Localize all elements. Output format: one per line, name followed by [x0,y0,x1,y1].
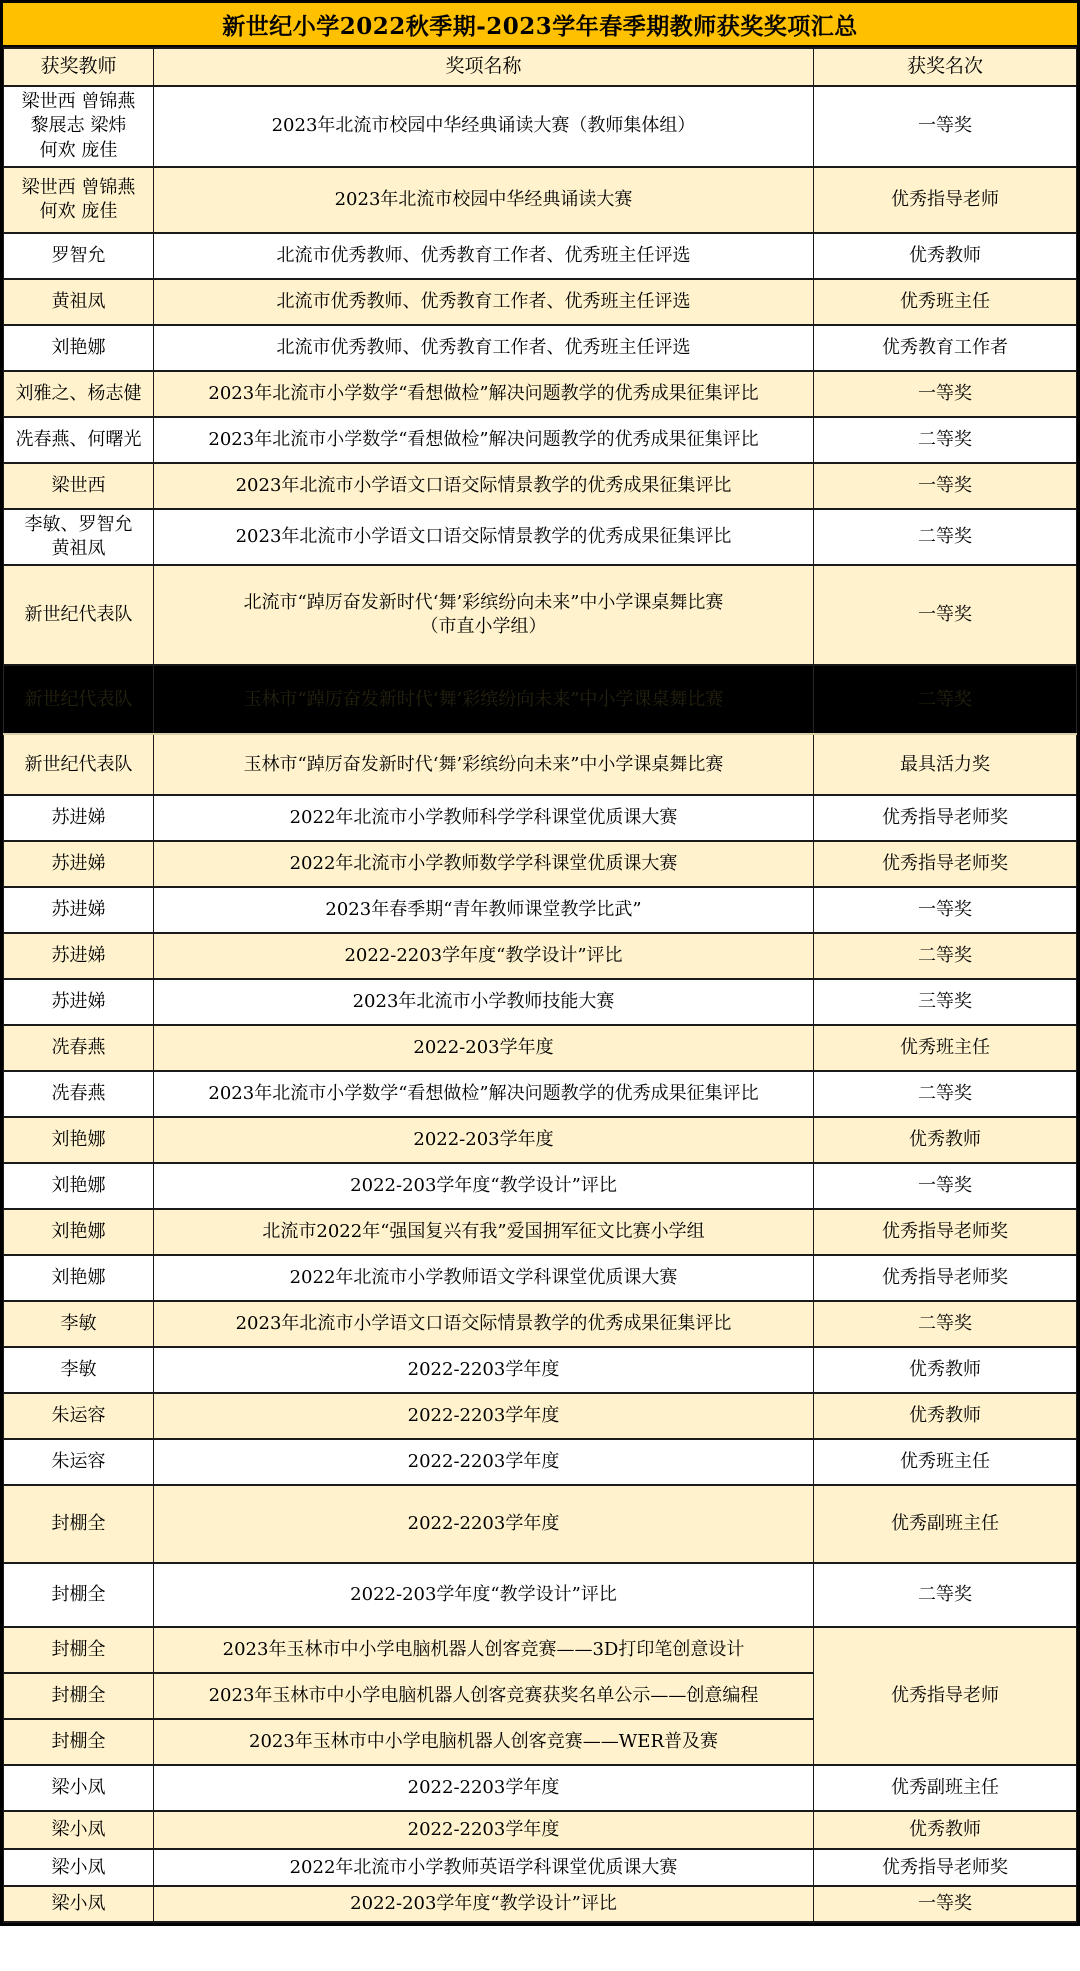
teacher-cell: 朱运容 [4,1393,154,1439]
teacher-cell: 苏进娣 [4,979,154,1025]
awards-table-body: 梁世西 曾锦燕 黎展志 梁炜 何欢 庞佳2023年北流市校园中华经典诵读大赛（教… [4,86,1077,1922]
teacher-cell: 刘艳娜 [4,1163,154,1209]
rank-cell: 一等奖 [814,371,1077,417]
teacher-cell: 冼春燕 [4,1071,154,1117]
teacher-cell: 封棚全 [4,1673,154,1719]
award-cell: 2022-2203学年度 [154,1393,814,1439]
rank-cell: 优秀指导老师奖 [814,1849,1077,1886]
rank-cell: 一等奖 [814,1886,1077,1922]
rank-cell: 优秀指导老师奖 [814,1209,1077,1255]
award-cell: 2022-2203学年度 [154,1811,814,1849]
award-cell: 2022年北流市小学教师科学学科课堂优质课大赛 [154,795,814,841]
award-cell: 2022-2203学年度 [154,1485,814,1563]
teacher-cell: 苏进娣 [4,841,154,887]
table-row-redacted: 新世纪代表队玉林市“踔厉奋发新时代‘舞’彩缤纷向未来”中小学课桌舞比赛二等奖 [4,665,1077,734]
teacher-cell: 新世纪代表队 [4,565,154,665]
award-cell: 北流市优秀教师、优秀教育工作者、优秀班主任评选 [154,279,814,325]
award-cell: 北流市“踔厉奋发新时代‘舞’彩缤纷向未来”中小学课桌舞比赛 （市直小学组） [154,565,814,665]
rank-cell: 二等奖 [814,1301,1077,1347]
teacher-cell: 封棚全 [4,1719,154,1765]
award-cell: 2023年玉林市中小学电脑机器人创客竞赛——WER普及赛 [154,1719,814,1765]
rank-cell: 一等奖 [814,887,1077,933]
teacher-cell: 梁小凤 [4,1811,154,1849]
award-cell: 2023年北流市小学语文口语交际情景教学的优秀成果征集评比 [154,1301,814,1347]
teacher-cell: 黄祖凤 [4,279,154,325]
award-cell: 2022-203学年度 [154,1117,814,1163]
teacher-cell: 封棚全 [4,1627,154,1673]
rank-cell: 二等奖 [814,933,1077,979]
teacher-cell: 刘艳娜 [4,1255,154,1301]
column-header-award: 奖项名称 [154,48,814,86]
award-cell: 玉林市“踔厉奋发新时代‘舞’彩缤纷向未来”中小学课桌舞比赛 [154,734,814,795]
award-cell: 2023年玉林市中小学电脑机器人创客竞赛获奖名单公示——创意编程 [154,1673,814,1719]
teacher-cell: 封棚全 [4,1563,154,1627]
table-row: 冼春燕、何曙光2023年北流市小学数学“看想做检”解决问题教学的优秀成果征集评比… [4,417,1077,463]
teacher-cell: 新世纪代表队 [4,665,154,734]
award-cell: 2023年北流市校园中华经典诵读大赛 [154,167,814,233]
table-row: 新世纪代表队玉林市“踔厉奋发新时代‘舞’彩缤纷向未来”中小学课桌舞比赛最具活力奖 [4,734,1077,795]
awards-table: 获奖教师 奖项名称 获奖名次 梁世西 曾锦燕 黎展志 梁炜 何欢 庞佳2023年… [3,47,1077,1923]
award-cell: 2022年北流市小学教师英语学科课堂优质课大赛 [154,1849,814,1886]
teacher-cell: 刘雅之、杨志健 [4,371,154,417]
table-row: 苏进娣2023年北流市小学教师技能大赛三等奖 [4,979,1077,1025]
award-cell: 玉林市“踔厉奋发新时代‘舞’彩缤纷向未来”中小学课桌舞比赛 [154,665,814,734]
table-row: 梁小凤2022-2203学年度优秀教师 [4,1811,1077,1849]
rank-cell: 优秀班主任 [814,1439,1077,1485]
rank-cell: 一等奖 [814,1163,1077,1209]
table-row: 刘艳娜2022年北流市小学教师语文学科课堂优质课大赛优秀指导老师奖 [4,1255,1077,1301]
award-cell: 2022-203学年度 [154,1025,814,1071]
rank-cell: 优秀教师 [814,1811,1077,1849]
teacher-cell: 冼春燕 [4,1025,154,1071]
rank-cell: 优秀指导老师奖 [814,1255,1077,1301]
rank-cell: 优秀指导老师奖 [814,795,1077,841]
table-row: 刘艳娜2022-203学年度“教学设计”评比一等奖 [4,1163,1077,1209]
table-row: 梁世西 曾锦燕 黎展志 梁炜 何欢 庞佳2023年北流市校园中华经典诵读大赛（教… [4,86,1077,167]
teacher-cell: 梁世西 曾锦燕 何欢 庞佳 [4,167,154,233]
teacher-cell: 梁小凤 [4,1886,154,1922]
table-row: 封棚全2022-2203学年度优秀副班主任 [4,1485,1077,1563]
table-row: 刘艳娜北流市优秀教师、优秀教育工作者、优秀班主任评选优秀教育工作者 [4,325,1077,371]
award-cell: 2022年北流市小学教师数学学科课堂优质课大赛 [154,841,814,887]
teacher-cell: 冼春燕、何曙光 [4,417,154,463]
teacher-cell: 封棚全 [4,1485,154,1563]
table-row: 梁小凤2022年北流市小学教师英语学科课堂优质课大赛优秀指导老师奖 [4,1849,1077,1886]
teacher-cell: 梁世西 [4,463,154,509]
teacher-cell: 李敏 [4,1347,154,1393]
awards-sheet: 新世纪小学2022秋季期-2023学年春季期教师获奖奖项汇总 获奖教师 奖项名称… [0,0,1080,1926]
award-cell: 2022-203学年度“教学设计”评比 [154,1563,814,1627]
table-row: 梁小凤2022-2203学年度优秀副班主任 [4,1765,1077,1811]
teacher-cell: 苏进娣 [4,933,154,979]
rank-cell: 优秀教师 [814,233,1077,279]
award-cell: 2022-2203学年度 [154,1765,814,1811]
table-row: 刘艳娜2022-203学年度优秀教师 [4,1117,1077,1163]
award-cell: 2023年玉林市中小学电脑机器人创客竞赛——3D打印笔创意设计 [154,1627,814,1673]
table-row: 苏进娣2022年北流市小学教师科学学科课堂优质课大赛优秀指导老师奖 [4,795,1077,841]
teacher-cell: 梁小凤 [4,1765,154,1811]
rank-cell: 优秀指导老师 [814,1627,1077,1765]
rank-cell: 优秀教师 [814,1393,1077,1439]
teacher-cell: 罗智允 [4,233,154,279]
rank-cell: 最具活力奖 [814,734,1077,795]
rank-cell: 优秀班主任 [814,279,1077,325]
page-title: 新世纪小学2022秋季期-2023学年春季期教师获奖奖项汇总 [3,3,1077,47]
award-cell: 北流市优秀教师、优秀教育工作者、优秀班主任评选 [154,325,814,371]
award-cell: 2022-203学年度“教学设计”评比 [154,1886,814,1922]
table-row: 朱运容2022-2203学年度优秀班主任 [4,1439,1077,1485]
table-row: 梁世西 曾锦燕 何欢 庞佳2023年北流市校园中华经典诵读大赛优秀指导老师 [4,167,1077,233]
rank-cell: 优秀教师 [814,1347,1077,1393]
award-cell: 2022-203学年度“教学设计”评比 [154,1163,814,1209]
award-cell: 2022年北流市小学教师语文学科课堂优质课大赛 [154,1255,814,1301]
award-cell: 2022-2203学年度 [154,1439,814,1485]
table-row: 李敏2023年北流市小学语文口语交际情景教学的优秀成果征集评比二等奖 [4,1301,1077,1347]
award-cell: 2022-2203学年度 [154,1347,814,1393]
table-row: 新世纪代表队北流市“踔厉奋发新时代‘舞’彩缤纷向未来”中小学课桌舞比赛 （市直小… [4,565,1077,665]
award-cell: 北流市2022年“强国复兴有我”爱国拥军征文比赛小学组 [154,1209,814,1255]
award-cell: 北流市优秀教师、优秀教育工作者、优秀班主任评选 [154,233,814,279]
table-row: 冼春燕2023年北流市小学数学“看想做检”解决问题教学的优秀成果征集评比二等奖 [4,1071,1077,1117]
teacher-cell: 李敏 [4,1301,154,1347]
rank-cell: 一等奖 [814,565,1077,665]
award-cell: 2023年北流市校园中华经典诵读大赛（教师集体组） [154,86,814,167]
award-cell: 2023年北流市小学语文口语交际情景教学的优秀成果征集评比 [154,509,814,566]
rank-cell: 三等奖 [814,979,1077,1025]
table-row: 李敏、罗智允 黄祖凤2023年北流市小学语文口语交际情景教学的优秀成果征集评比二… [4,509,1077,566]
table-row: 苏进娣2023年春季期“青年教师课堂教学比武”一等奖 [4,887,1077,933]
teacher-cell: 新世纪代表队 [4,734,154,795]
teacher-cell: 李敏、罗智允 黄祖凤 [4,509,154,566]
rank-cell: 一等奖 [814,86,1077,167]
teacher-cell: 梁小凤 [4,1849,154,1886]
award-cell: 2023年春季期“青年教师课堂教学比武” [154,887,814,933]
rank-cell: 二等奖 [814,665,1077,734]
teacher-cell: 朱运容 [4,1439,154,1485]
header-row: 获奖教师 奖项名称 获奖名次 [4,48,1077,86]
award-cell: 2022-2203学年度“教学设计”评比 [154,933,814,979]
award-cell: 2023年北流市小学数学“看想做检”解决问题教学的优秀成果征集评比 [154,417,814,463]
column-header-rank: 获奖名次 [814,48,1077,86]
rank-cell: 优秀副班主任 [814,1485,1077,1563]
rank-cell: 优秀班主任 [814,1025,1077,1071]
teacher-cell: 苏进娣 [4,795,154,841]
table-row: 朱运容2022-2203学年度优秀教师 [4,1393,1077,1439]
rank-cell: 二等奖 [814,417,1077,463]
table-row: 梁小凤2022-203学年度“教学设计”评比一等奖 [4,1886,1077,1922]
teacher-cell: 刘艳娜 [4,1209,154,1255]
rank-cell: 优秀教师 [814,1117,1077,1163]
table-row: 封棚全2023年玉林市中小学电脑机器人创客竞赛——3D打印笔创意设计优秀指导老师 [4,1627,1077,1673]
table-row: 冼春燕2022-203学年度优秀班主任 [4,1025,1077,1071]
rank-cell: 优秀指导老师奖 [814,841,1077,887]
award-cell: 2023年北流市小学数学“看想做检”解决问题教学的优秀成果征集评比 [154,1071,814,1117]
table-row: 黄祖凤北流市优秀教师、优秀教育工作者、优秀班主任评选优秀班主任 [4,279,1077,325]
table-row: 刘雅之、杨志健2023年北流市小学数学“看想做检”解决问题教学的优秀成果征集评比… [4,371,1077,417]
rank-cell: 优秀指导老师 [814,167,1077,233]
rank-cell: 二等奖 [814,1071,1077,1117]
table-row: 罗智允北流市优秀教师、优秀教育工作者、优秀班主任评选优秀教师 [4,233,1077,279]
table-row: 李敏2022-2203学年度优秀教师 [4,1347,1077,1393]
table-row: 苏进娣2022年北流市小学教师数学学科课堂优质课大赛优秀指导老师奖 [4,841,1077,887]
award-cell: 2023年北流市小学数学“看想做检”解决问题教学的优秀成果征集评比 [154,371,814,417]
teacher-cell: 刘艳娜 [4,325,154,371]
award-cell: 2023年北流市小学教师技能大赛 [154,979,814,1025]
rank-cell: 二等奖 [814,1563,1077,1627]
rank-cell: 优秀教育工作者 [814,325,1077,371]
column-header-teacher: 获奖教师 [4,48,154,86]
table-row: 刘艳娜北流市2022年“强国复兴有我”爱国拥军征文比赛小学组优秀指导老师奖 [4,1209,1077,1255]
table-row: 封棚全2022-203学年度“教学设计”评比二等奖 [4,1563,1077,1627]
teacher-cell: 苏进娣 [4,887,154,933]
rank-cell: 一等奖 [814,463,1077,509]
teacher-cell: 刘艳娜 [4,1117,154,1163]
rank-cell: 优秀副班主任 [814,1765,1077,1811]
award-cell: 2023年北流市小学语文口语交际情景教学的优秀成果征集评比 [154,463,814,509]
table-row: 梁世西2023年北流市小学语文口语交际情景教学的优秀成果征集评比一等奖 [4,463,1077,509]
table-row: 苏进娣2022-2203学年度“教学设计”评比二等奖 [4,933,1077,979]
teacher-cell: 梁世西 曾锦燕 黎展志 梁炜 何欢 庞佳 [4,86,154,167]
rank-cell: 二等奖 [814,509,1077,566]
